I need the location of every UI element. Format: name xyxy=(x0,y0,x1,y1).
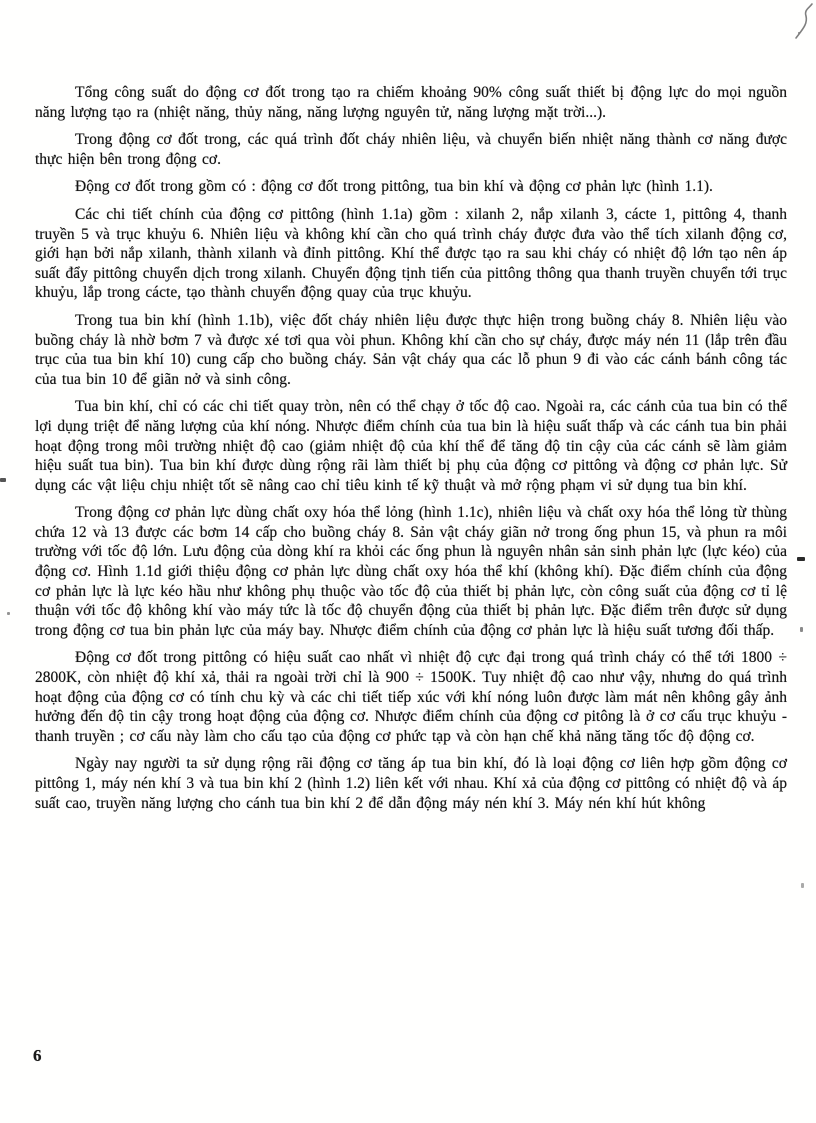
handwritten-corner-mark xyxy=(792,0,814,42)
paragraph-ice-definition: Trong động cơ đốt trong, các quá trình đ… xyxy=(35,130,787,169)
scanned-document-page: Tổng công suất do động cơ đốt trong tạo … xyxy=(0,0,816,1123)
paragraph-engine-types: Động cơ đốt trong gồm có : động cơ đốt t… xyxy=(35,177,787,197)
paragraph-piston-engine: Các chi tiết chính của động cơ pittông (… xyxy=(35,205,787,303)
scan-speck xyxy=(7,612,10,615)
paragraph-jet-engine: Trong động cơ phản lực dùng chất oxy hóa… xyxy=(35,503,787,640)
scan-speck xyxy=(800,627,803,632)
scan-speck xyxy=(0,478,6,482)
paragraph-turbocharged: Ngày nay người ta sử dụng rộng rãi động … xyxy=(35,754,787,813)
page-number: 6 xyxy=(33,1046,42,1066)
paragraph-piston-efficiency: Động cơ đốt trong pittông có hiệu suất c… xyxy=(35,648,787,746)
paragraph-gas-turbine: Trong tua bin khí (hình 1.1b), việc đốt … xyxy=(35,311,787,389)
page-body-text: Tổng công suất do động cơ đốt trong tạo … xyxy=(35,83,787,821)
paragraph-total-power: Tổng công suất do động cơ đốt trong tạo … xyxy=(35,83,787,122)
scan-speck xyxy=(797,557,805,561)
scan-speck xyxy=(801,883,804,888)
paragraph-turbine-pros-cons: Tua bin khí, chỉ có các chi tiết quay tr… xyxy=(35,397,787,495)
